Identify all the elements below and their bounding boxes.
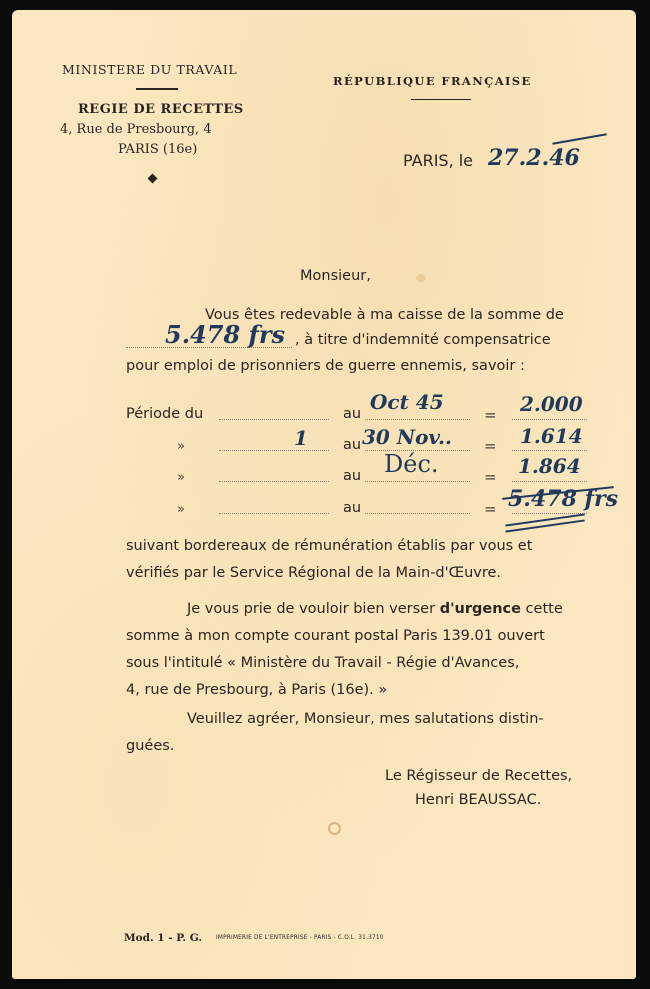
- period-row-3-eq: =: [484, 468, 497, 486]
- period-row-1-amount-field: [512, 419, 587, 420]
- period-row-2-label: »: [177, 439, 185, 454]
- para3-text-b: cette: [521, 601, 563, 617]
- office-city: PARIS (16e): [118, 142, 197, 157]
- period-row-2-au: au: [343, 437, 361, 453]
- period-row-3-label: »: [177, 470, 185, 485]
- paper-stain: [328, 822, 341, 835]
- period-row-2-to: 30 Nov..: [362, 425, 452, 449]
- period-row-3-amount-field: [512, 481, 587, 482]
- period-row-1-to: Oct 45: [370, 390, 444, 414]
- signatory-title: Le Régisseur de Recettes,: [385, 768, 572, 784]
- period-row-4-au: au: [343, 500, 361, 516]
- republic-divider: [411, 99, 471, 100]
- salutation: Monsieur,: [300, 268, 371, 284]
- period-row-1-eq: =: [484, 406, 497, 424]
- ministry-heading: MINISTERE DU TRAVAIL: [62, 62, 237, 77]
- para2-line-1: suivant bordereaux de rémunération établ…: [126, 538, 532, 554]
- period-row-2-amount: 1.614: [520, 424, 583, 448]
- period-row-2-amount-field: [512, 450, 587, 451]
- period-row-4-to-field: [365, 513, 470, 514]
- heading-divider: [136, 88, 178, 90]
- republic-heading: RÉPUBLIQUE FRANÇAISE: [333, 74, 532, 88]
- urgency-emphasis: d'urgence: [440, 601, 521, 617]
- para3-text-a: Je vous prie de vouloir bien verser: [187, 601, 440, 617]
- period-row-1-from-field: [219, 419, 329, 420]
- body-line-2: , à titre d'indemnité compensatrice: [295, 332, 551, 348]
- total-double-underline-2: [505, 519, 584, 532]
- period-row-3-au: au: [343, 468, 361, 484]
- period-row-3-to: Déc.: [384, 450, 439, 478]
- paper-stain: [416, 274, 426, 282]
- period-row-1-to-field: [365, 419, 470, 420]
- period-row-3-amount: 1.864: [518, 454, 581, 478]
- date-handwritten: 27.2.46: [488, 145, 580, 171]
- office-address: 4, Rue de Presbourg, 4: [60, 122, 212, 137]
- period-row-4-from-field: [219, 513, 329, 514]
- period-row-2-from-field: [219, 450, 329, 451]
- office-heading: REGIE DE RECETTES: [78, 102, 244, 117]
- para3-line-3: sous l'intitulé « Ministère du Travail -…: [126, 655, 519, 671]
- period-row-2-eq: =: [484, 437, 497, 455]
- period-row-4-total: 5.478 frs: [508, 486, 618, 512]
- date-label: PARIS, le: [403, 151, 473, 170]
- period-row-4-eq: =: [484, 500, 497, 518]
- period-row-1-label: Période du: [126, 406, 203, 422]
- period-row-1-amount: 2.000: [520, 392, 583, 416]
- letter-page: MINISTERE DU TRAVAIL REGIE DE RECETTES 4…: [12, 10, 636, 979]
- para3-line-1: Je vous prie de vouloir bien verser d'ur…: [187, 601, 563, 617]
- period-row-3-to-field: [365, 481, 470, 482]
- para3-line-2: somme à mon compte courant postal Paris …: [126, 628, 545, 644]
- para2-line-2: vérifiés par le Service Régional de la M…: [126, 565, 501, 581]
- period-row-1-au: au: [343, 406, 361, 422]
- date-flourish: [552, 133, 606, 144]
- period-row-4-label: »: [177, 502, 185, 517]
- diamond-ornament-icon: [148, 174, 158, 184]
- period-row-2-from: 1: [294, 426, 308, 450]
- signatory-name: Henri BEAUSSAC.: [415, 792, 541, 808]
- body-line-3: pour emploi de prisonniers de guerre enn…: [126, 358, 525, 374]
- closing-line-1: Veuillez agréer, Monsieur, mes salutatio…: [187, 711, 544, 727]
- period-row-3-from-field: [219, 481, 329, 482]
- closing-line-2: guées.: [126, 738, 174, 754]
- form-model-number: Mod. 1 - P. G.: [124, 932, 202, 944]
- printer-imprint: IMPRIMERIE DE L'ENTREPRISE - PARIS - C.O…: [216, 935, 384, 941]
- amount-handwritten: 5.478 frs: [165, 320, 285, 349]
- para3-line-4: 4, rue de Presbourg, à Paris (16e). »: [126, 682, 387, 698]
